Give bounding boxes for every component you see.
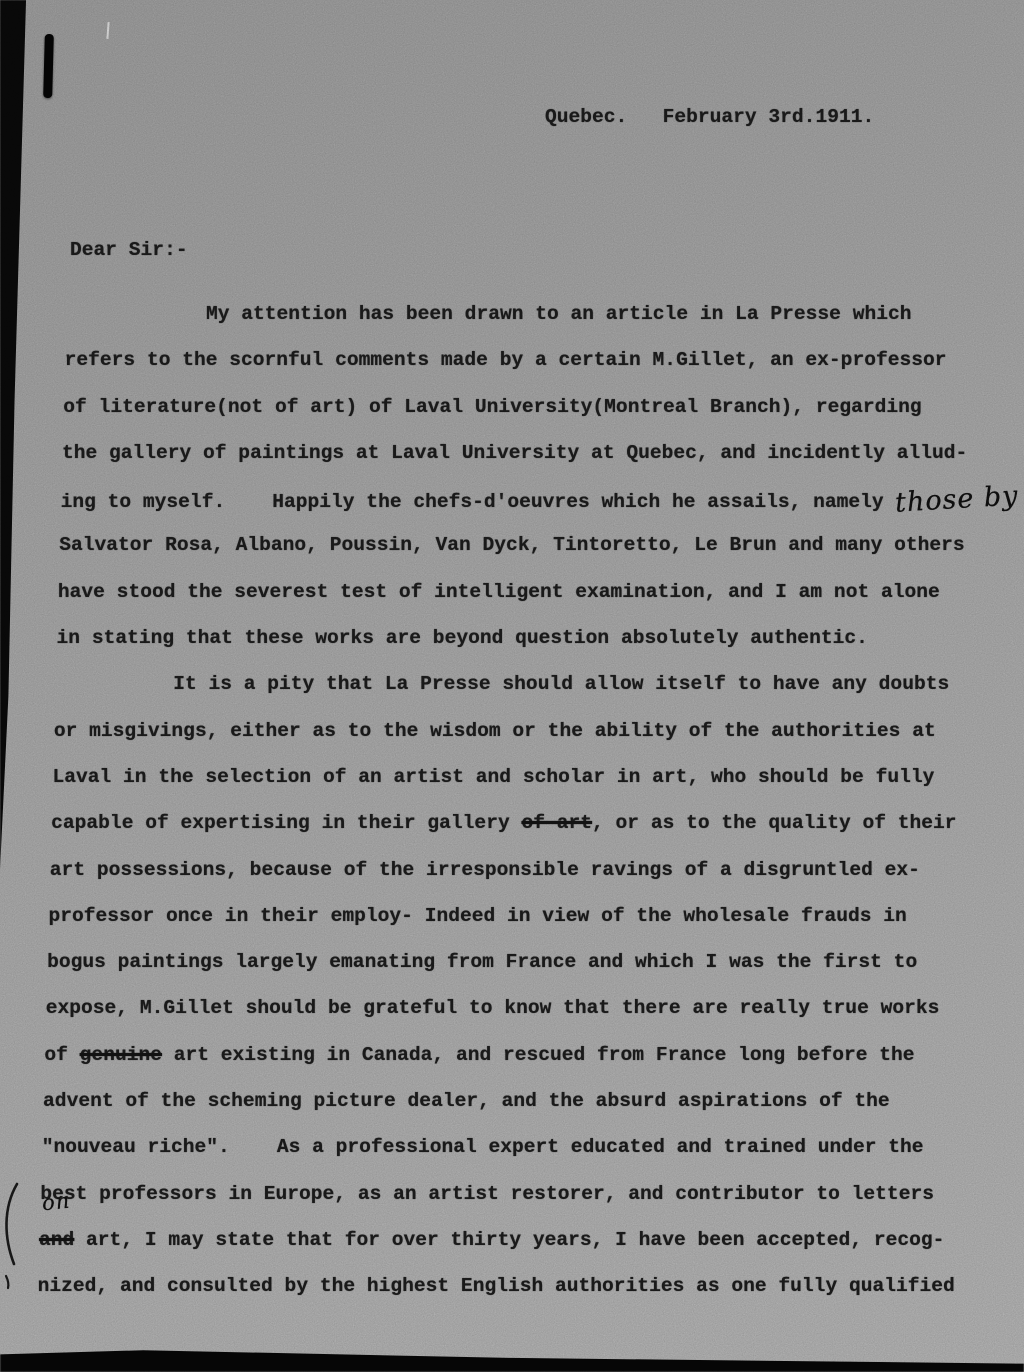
struck-text: and <box>39 1229 74 1251</box>
typed-text: ing to myself. Happily the chefs-d'oeuvr… <box>61 491 896 513</box>
letter-line: refers to the scornful comments made by … <box>65 337 1024 383</box>
letter-line: ing to myself. Happily the chefs-d'oeuvr… <box>61 476 1024 522</box>
letter-line: have stood the severest test of intellig… <box>58 569 1024 615</box>
letter-line: It is a pity that La Presse should allow… <box>173 661 1024 707</box>
scan-bottom-edge-shadow <box>0 1340 1024 1372</box>
scratch-mark <box>106 22 109 39</box>
typed-text: have stood the severest test of intellig… <box>58 581 940 603</box>
typed-text: Salvator Rosa, Albano, Poussin, Van Dyck… <box>59 534 964 556</box>
typed-text: professor once in their employ- Indeed i… <box>48 905 906 927</box>
handwritten-annotation: those by <box>894 473 1020 527</box>
typed-text: advent of the scheming picture dealer, a… <box>43 1090 890 1112</box>
typed-text: Laval in the selection of an artist and … <box>53 766 935 788</box>
corrected-word: onand <box>39 1217 74 1263</box>
typed-text: or misgivings, either as to the wisdom o… <box>54 720 936 742</box>
letter-line: "nouveau riche". As a professional exper… <box>42 1124 1024 1170</box>
letter-line: nized, and consulted by the highest Engl… <box>38 1263 1024 1309</box>
letter-body: My attention has been drawn to an articl… <box>0 291 1024 1310</box>
struck-text: genuine <box>80 1044 162 1066</box>
typed-text: capable of expertising in their gallery <box>51 812 521 834</box>
letter-line: art possessions, because of the irrespon… <box>50 847 1024 893</box>
typed-text: art existing in Canada, and rescued from… <box>162 1044 915 1066</box>
struck-text: of art <box>521 812 592 834</box>
typed-text: the gallery of paintings at Laval Univer… <box>62 442 967 464</box>
letter-line: expose, M.Gillet should be grateful to k… <box>46 985 1024 1031</box>
letter-line: My attention has been drawn to an articl… <box>206 291 1024 337</box>
typed-text: of literature(not of art) of Laval Unive… <box>63 396 921 418</box>
letter-line: onand art, I may state that for over thi… <box>39 1217 1024 1263</box>
dateline: Quebec. February 3rd.1911. <box>545 106 874 128</box>
letter-line: bogus paintings largely emanating from F… <box>47 939 1024 985</box>
typed-text: in stating that these works are beyond q… <box>57 627 868 649</box>
typed-text: of <box>44 1044 79 1066</box>
letter-line: the gallery of paintings at Laval Univer… <box>62 430 1024 476</box>
letter-line: professor once in their employ- Indeed i… <box>48 893 1024 939</box>
typed-text: My attention has been drawn to an articl… <box>206 303 912 325</box>
typed-text: bogus paintings largely emanating from F… <box>47 951 917 973</box>
typed-text: nized, and consulted by the highest Engl… <box>38 1275 955 1297</box>
handwritten-annotation: on <box>41 1191 71 1215</box>
letter-line: advent of the scheming picture dealer, a… <box>43 1078 1024 1124</box>
typed-text: It is a pity that La Presse should allow… <box>173 673 949 695</box>
scanned-letter-page: Quebec. February 3rd.1911. Dear Sir:- My… <box>0 0 1024 1372</box>
typed-text: refers to the scornful comments made by … <box>65 349 947 371</box>
typed-text: best professors in Europe, as an artist … <box>40 1183 934 1205</box>
typed-text: expose, M.Gillet should be grateful to k… <box>46 997 940 1019</box>
typed-text: art possessions, because of the irrespon… <box>50 859 920 881</box>
margin-squiggle-mark <box>0 1180 22 1290</box>
letter-line: of literature(not of art) of Laval Unive… <box>63 384 1024 430</box>
typed-text: art, I may state that for over thirty ye… <box>74 1229 944 1251</box>
letter-line: of genuine art existing in Canada, and r… <box>44 1032 1024 1078</box>
letter-line: or misgivings, either as to the wisdom o… <box>54 708 1024 754</box>
typed-text: , or as to the quality of their <box>592 812 957 834</box>
letter-line: Laval in the selection of an artist and … <box>53 754 1024 800</box>
salutation: Dear Sir:- <box>70 239 188 261</box>
letter-line: in stating that these works are beyond q… <box>57 615 1024 661</box>
letter-line: Salvator Rosa, Albano, Poussin, Van Dyck… <box>59 522 1024 568</box>
pen-mark <box>43 34 54 98</box>
typed-text: "nouveau riche". As a professional exper… <box>42 1136 924 1158</box>
letter-line: capable of expertising in their gallery … <box>51 800 1024 846</box>
letter-line: best professors in Europe, as an artist … <box>40 1171 1024 1217</box>
